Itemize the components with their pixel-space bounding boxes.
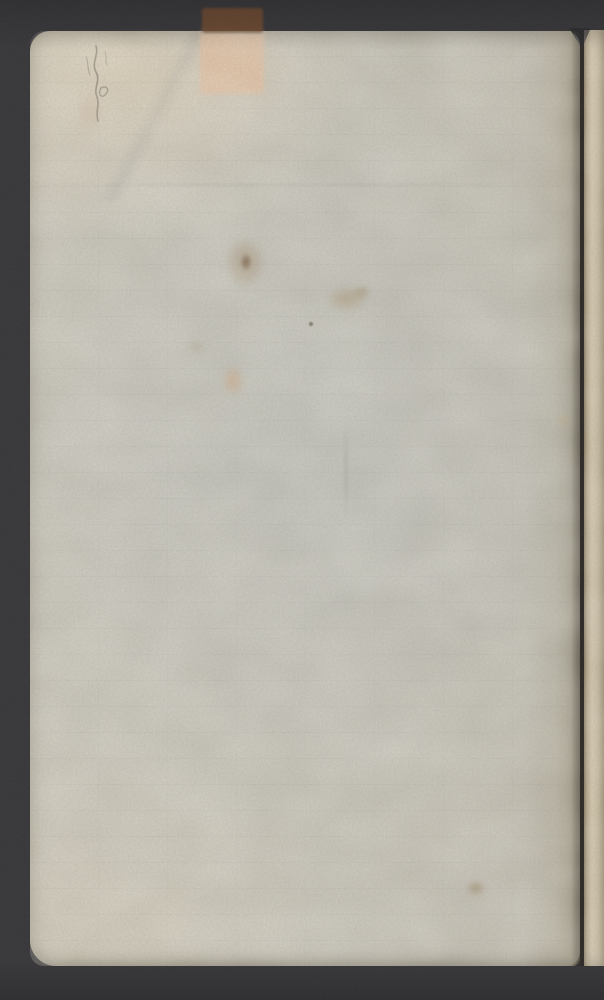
stamp-mark-over-backdrop — [202, 8, 263, 33]
adjacent-page-edge — [584, 30, 604, 966]
crease-line-horizontal — [40, 183, 560, 186]
book-page — [30, 31, 580, 966]
stamp-mark-on-page — [200, 32, 264, 94]
photo-backdrop — [0, 0, 604, 1000]
vertical-streak — [344, 423, 348, 515]
